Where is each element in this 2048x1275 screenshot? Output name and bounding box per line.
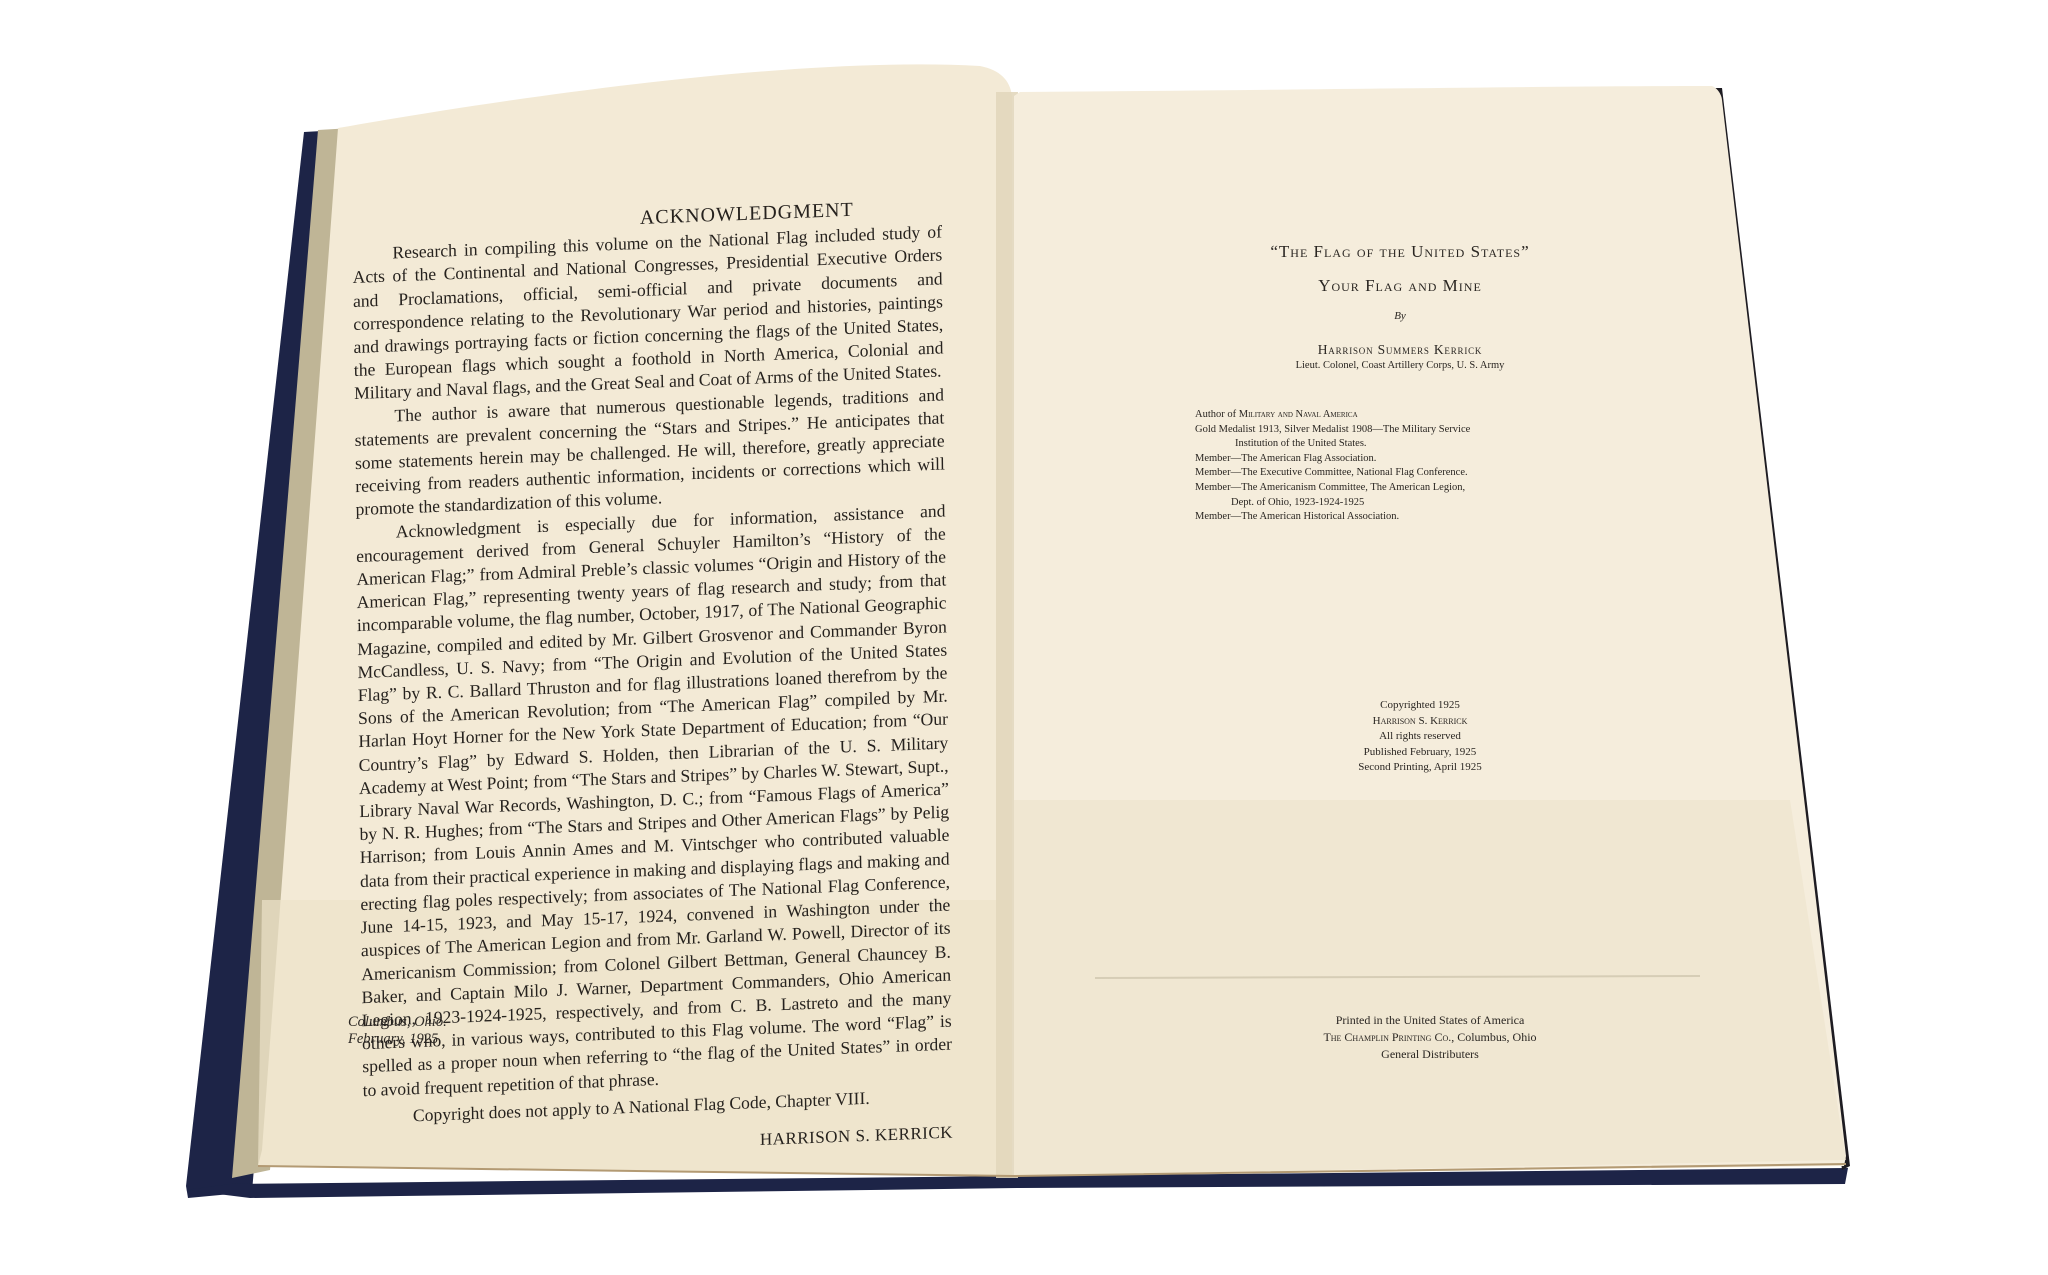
credit-book-title: Military and Naval America xyxy=(1239,409,1358,420)
copyright-holder: Harrison S. Kerrick xyxy=(1290,714,1550,730)
credit-medals: Gold Medalist 1913, Silver Medalist 1908… xyxy=(1195,423,1615,438)
printer-block: Printed in the United States of America … xyxy=(1240,1012,1620,1062)
credit-author-of: Author of Military and Naval America xyxy=(1195,408,1615,423)
credit-member-3: Member—The Americanism Committee, The Am… xyxy=(1195,481,1615,496)
rights-reserved: All rights reserved xyxy=(1290,729,1550,745)
printed-in: Printed in the United States of America xyxy=(1240,1012,1620,1029)
book-title: “The Flag of the United States” xyxy=(1200,242,1600,262)
printer-name: The Champlin Printing Co., Columbus, Ohi… xyxy=(1240,1029,1620,1046)
credit-member-3-cont: Dept. of Ohio, 1923-1924-1925 xyxy=(1195,496,1615,511)
credit-member-4: Member—The American Historical Associati… xyxy=(1195,510,1615,525)
place-text: Columbus, Ohio. xyxy=(348,1014,447,1031)
author-credits: Author of Military and Naval America Gol… xyxy=(1195,408,1615,525)
book-subtitle: Your Flag and Mine xyxy=(1200,276,1600,296)
credit-prefix: Author of xyxy=(1195,409,1239,420)
author-rank: Lieut. Colonel, Coast Artillery Corps, U… xyxy=(1200,360,1600,371)
acknowledgment-paragraph-2: The author is aware that numerous questi… xyxy=(354,383,945,522)
by-label: By xyxy=(1200,310,1600,322)
printer-city: , Columbus, Ohio xyxy=(1451,1030,1536,1044)
second-printing: Second Printing, April 1925 xyxy=(1290,760,1550,776)
date-text: February, 1925. xyxy=(348,1031,447,1048)
place-and-date: Columbus, Ohio. February, 1925. xyxy=(348,1014,447,1048)
credit-member-2: Member—The Executive Committee, National… xyxy=(1195,466,1615,481)
copyright-block: Copyrighted 1925 Harrison S. Kerrick All… xyxy=(1290,698,1550,776)
author-name: Harrison Summers Kerrick xyxy=(1200,342,1600,358)
distributers: General Distributers xyxy=(1240,1046,1620,1063)
published-date: Published February, 1925 xyxy=(1290,745,1550,761)
copyright-year: Copyrighted 1925 xyxy=(1290,698,1550,714)
title-page: “The Flag of the United States” Your Fla… xyxy=(1020,90,1710,1170)
credit-medals-cont: Institution of the United States. xyxy=(1195,437,1615,452)
acknowledgment-paragraph-1: Research in compiling this volume on the… xyxy=(352,221,944,406)
printer-company: The Champlin Printing Co. xyxy=(1323,1030,1451,1044)
acknowledgment-paragraph-3: Acknowledgment is especially due for inf… xyxy=(356,499,953,1102)
credit-member-1: Member—The American Flag Association. xyxy=(1195,452,1615,467)
